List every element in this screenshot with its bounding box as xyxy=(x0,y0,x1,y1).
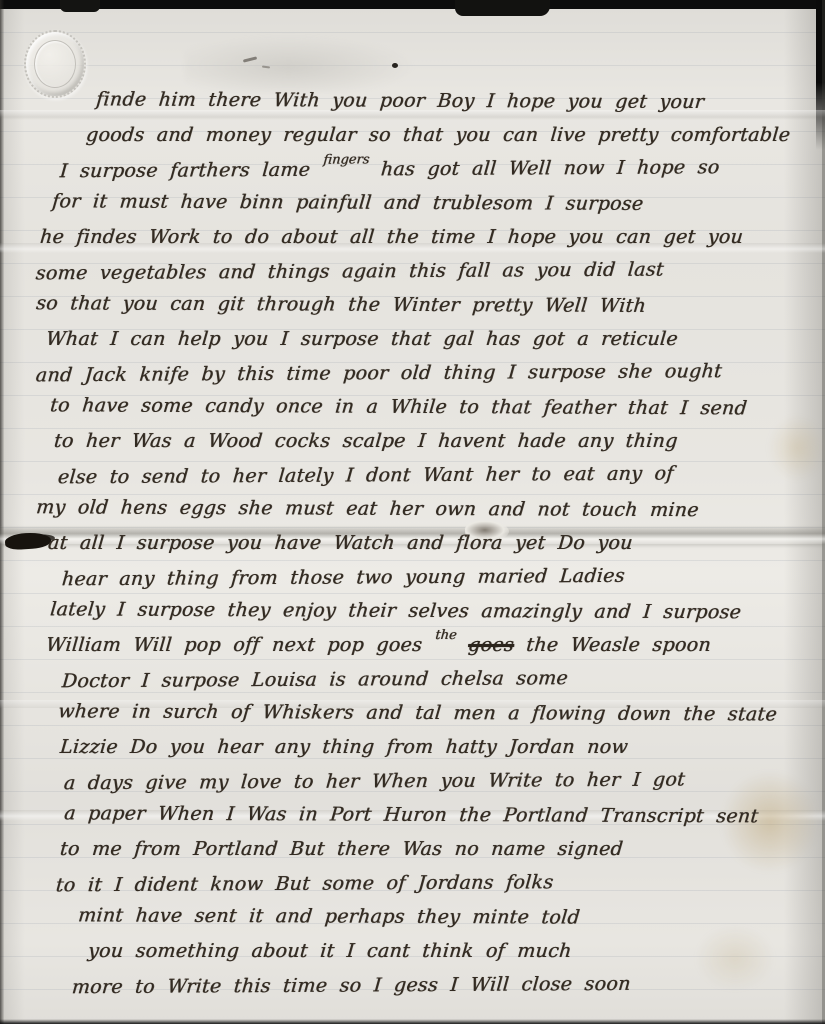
letter-line: to have some candy once in a While to th… xyxy=(49,388,817,425)
letter-line-text: finde him there With you poor Boy I hope… xyxy=(95,88,705,113)
letter-line: for it must have binn painfull and trubl… xyxy=(51,184,817,221)
letter-line: you something about it I cant think of m… xyxy=(87,934,817,968)
letter-line-text: hear any thing from those two young mari… xyxy=(61,565,626,590)
letter-line-text: mint have sent it and perhaps they minte… xyxy=(77,904,581,928)
letter-line-text: lately I surpose they enjoy their selves… xyxy=(49,598,742,623)
letter-line-text: goods and money regular so that you can … xyxy=(85,124,791,146)
letter-line-text: has got all Well now I hope so xyxy=(380,156,720,180)
letter-line-text: at all I surpose you have Watch and flor… xyxy=(47,532,634,554)
scan-edge-notch xyxy=(455,0,550,16)
letter-line-text: my old hens eggs she must eat her own an… xyxy=(35,496,700,521)
letter-line-text: Doctor I surpose Louisa is around chelsa… xyxy=(61,667,569,692)
letter-line: more to Write this time so I gess I Will… xyxy=(70,966,816,1005)
letter-line: finde him there With you poor Boy I hope… xyxy=(95,82,817,119)
letter-line-text: so that you can git through the Winter p… xyxy=(35,292,647,317)
letter-line: at all I surpose you have Watch and flor… xyxy=(47,526,817,560)
inserted-word: fingers xyxy=(323,152,370,167)
letter-line: to her Was a Wood cocks scalpe I havent … xyxy=(53,424,817,458)
letter-line-text: and Jack knife by this time poor old thi… xyxy=(35,360,723,386)
letter-line: mint have sent it and perhaps they minte… xyxy=(77,898,817,935)
letter-line-text: to her Was a Wood cocks scalpe I havent … xyxy=(53,430,678,452)
letter-line-text: where in surch of Whiskers and tal men a… xyxy=(57,700,778,725)
letter-line: Doctor I surpose Louisa is around chelsa… xyxy=(60,660,816,699)
ink-speck xyxy=(392,63,398,68)
letter-line-text: What I can help you I surpose that gal h… xyxy=(45,328,679,350)
letter-line-text: William Will pop off next pop goes xyxy=(45,634,423,656)
letter-line: to me from Portland But there Was no nam… xyxy=(59,832,817,866)
letter-line: my old hens eggs she must eat her own an… xyxy=(35,490,817,527)
letter-line: hear any thing from those two young mari… xyxy=(60,558,816,597)
scan-edge-bottom xyxy=(0,1019,825,1024)
scan-edge-notch-small xyxy=(60,0,100,12)
letter-line-text: you something about it I cant think of m… xyxy=(87,940,573,962)
letter-line: else to send to her lately I dont Want h… xyxy=(56,456,816,495)
letter-line: a days give my love to her When you Writ… xyxy=(62,762,816,801)
letter-line-text: more to Write this time so I gess I Will… xyxy=(71,973,632,998)
letter-line-text: some vegetables and things again this fa… xyxy=(35,259,665,285)
letter-line-text: else to send to her lately I dont Want h… xyxy=(57,463,675,489)
letter-lines: finde him there With you poor Boy I hope… xyxy=(36,84,815,1002)
letter-line-text: to it I dident know But some of Jordans … xyxy=(55,871,554,896)
letter-line: Lizzie Do you hear any thing from hatty … xyxy=(59,730,817,764)
letter-line: goods and money regular so that you can … xyxy=(85,118,817,152)
letter-line: some vegetables and things again this fa… xyxy=(34,252,816,291)
letter-line-text: for it must have binn painfull and trubl… xyxy=(51,190,644,215)
letter-page: finde him there With you poor Boy I hope… xyxy=(0,0,825,1024)
letter-line-text: Lizzie Do you hear any thing from hatty … xyxy=(59,736,629,758)
letter-line-text: the Weasle spoon xyxy=(525,634,712,656)
letter-line: I surpose farthers lame fingers has got … xyxy=(58,150,816,189)
letter-line: where in surch of Whiskers and tal men a… xyxy=(57,694,817,731)
letter-line: lately I surpose they enjoy their selves… xyxy=(49,592,817,629)
inserted-word: the xyxy=(435,628,458,643)
letter-line-text: he findes Work to do about all the time … xyxy=(39,226,744,248)
struck-word: goes xyxy=(467,634,515,656)
letter-line: and Jack knife by this time poor old thi… xyxy=(34,354,816,393)
letter-line: William Will pop off next pop goes the g… xyxy=(45,628,817,662)
letter-line-text: a days give my love to her When you Writ… xyxy=(63,769,686,795)
letter-line: he findes Work to do about all the time … xyxy=(39,220,817,254)
letter-line-text: to have some candy once in a While to th… xyxy=(49,394,748,419)
letter-line: to it I dident know But some of Jordans … xyxy=(54,864,816,903)
scan-edge-top xyxy=(0,0,825,9)
letter-line-text: to me from Portland But there Was no nam… xyxy=(59,838,624,860)
letter-line: so that you can git through the Winter p… xyxy=(35,286,817,323)
letter-line: a paper When I Was in Port Huron the Por… xyxy=(63,796,817,833)
scan-edge-left xyxy=(0,0,4,1024)
letter-line: What I can help you I surpose that gal h… xyxy=(45,322,817,356)
letter-line-text: a paper When I Was in Port Huron the Por… xyxy=(63,802,759,827)
letter-line-text: I surpose farthers lame xyxy=(59,159,311,183)
